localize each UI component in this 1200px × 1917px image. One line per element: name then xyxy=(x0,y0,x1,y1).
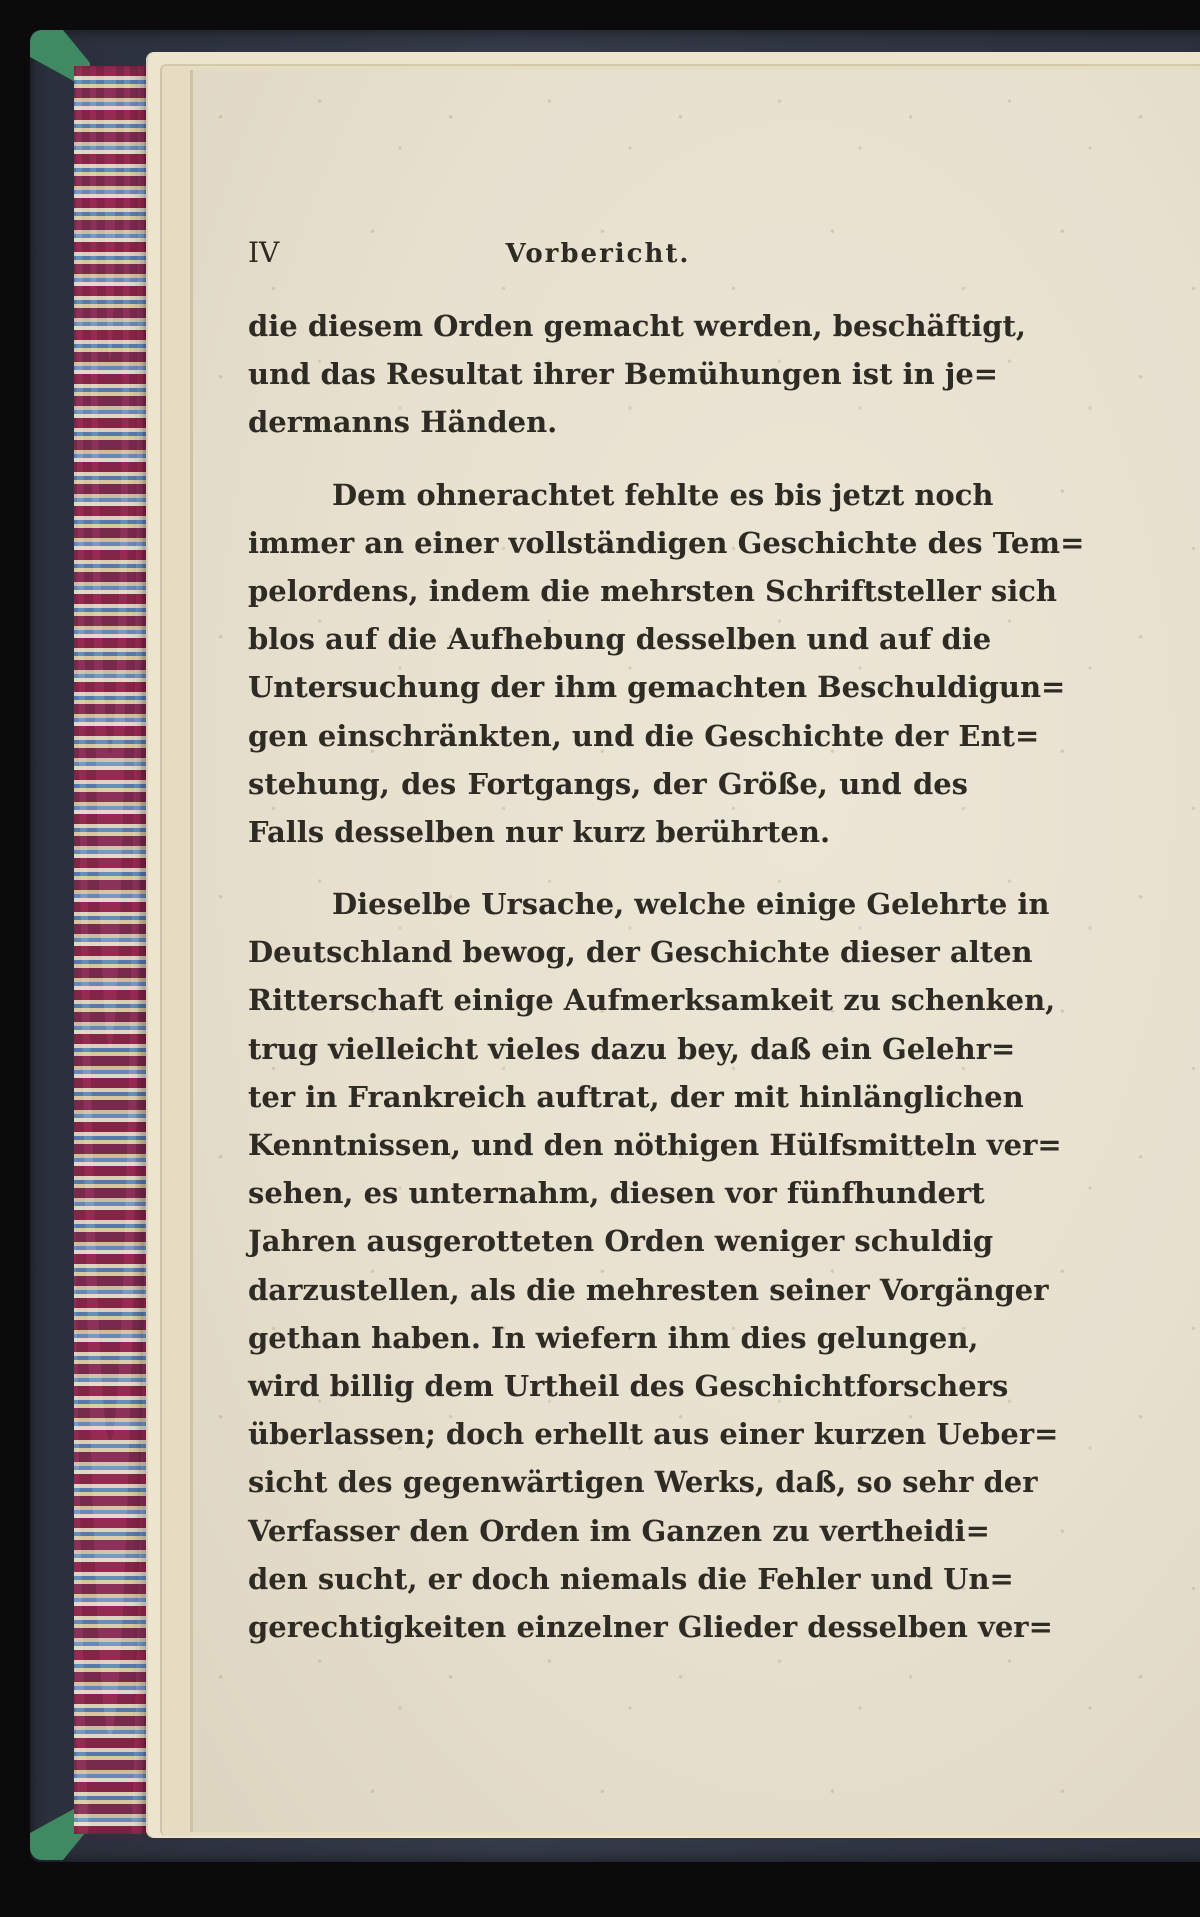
text-line: Dieselbe Ursache, welche einige Gelehrte… xyxy=(248,880,968,928)
paragraph-3: Dieselbe Ursache, welche einige Gelehrte… xyxy=(248,880,968,1651)
text-line: sehen, es unternahm, diesen vor fünfhund… xyxy=(248,1169,968,1217)
text-line: Verfasser den Orden im Ganzen zu verthei… xyxy=(248,1507,968,1555)
text-line: Kenntnissen, und den nöthigen Hülfsmitte… xyxy=(248,1121,968,1169)
running-head: IV Vorbericht. xyxy=(248,236,968,276)
text-line: Deutschland bewog, der Geschichte dieser… xyxy=(248,928,968,976)
text-line: die diesem Orden gemacht werden, beschäf… xyxy=(248,302,968,350)
running-head-title: Vorbericht. xyxy=(308,239,968,269)
text-line: Falls desselben nur kurz berührten. xyxy=(248,808,968,856)
text-line: sicht des gegenwärtigen Werks, daß, so s… xyxy=(248,1458,968,1506)
text-line: Dem ohnerachtet fehlte es bis jetzt noch xyxy=(248,471,968,519)
text-line: Untersuchung der ihm gemachten Beschuldi… xyxy=(248,663,968,711)
paragraph-2: Dem ohnerachtet fehlte es bis jetzt noch… xyxy=(248,471,968,857)
text-line: ter in Frankreich auftrat, der mit hinlä… xyxy=(248,1073,968,1121)
text-line: blos auf die Aufhebung desselben und auf… xyxy=(248,615,968,663)
text-line: wird billig dem Urtheil des Geschichtfor… xyxy=(248,1362,968,1410)
text-line: immer an einer vollständigen Geschichte … xyxy=(248,519,968,567)
page-text-block: IV Vorbericht. die diesem Orden gemacht … xyxy=(248,236,968,1675)
text-line: Jahren ausgerotteten Orden weniger schul… xyxy=(248,1217,968,1265)
text-line: überlassen; doch erhellt aus einer kurze… xyxy=(248,1410,968,1458)
text-line: gerechtigkeiten einzelner Glieder dessel… xyxy=(248,1603,968,1651)
text-line: Ritterschaft einige Aufmerksamkeit zu sc… xyxy=(248,976,968,1024)
text-line: darzustellen, als die mehresten seiner V… xyxy=(248,1266,968,1314)
text-line: gethan haben. In wiefern ihm dies gelung… xyxy=(248,1314,968,1362)
text-line: dermanns Händen. xyxy=(248,398,968,446)
paragraph-1: die diesem Orden gemacht werden, beschäf… xyxy=(248,302,968,447)
text-line: den sucht, er doch niemals die Fehler un… xyxy=(248,1555,968,1603)
text-line: pelordens, indem die mehrsten Schriftste… xyxy=(248,567,968,615)
page-number: IV xyxy=(248,236,308,269)
text-line: und das Resultat ihrer Bemühungen ist in… xyxy=(248,350,968,398)
marbled-endpaper xyxy=(74,66,146,1834)
text-line: stehung, des Fortgangs, der Größe, und d… xyxy=(248,760,968,808)
text-line: trug vielleicht vieles dazu bey, daß ein… xyxy=(248,1025,968,1073)
text-line: gen einschränkten, und die Geschichte de… xyxy=(248,712,968,760)
